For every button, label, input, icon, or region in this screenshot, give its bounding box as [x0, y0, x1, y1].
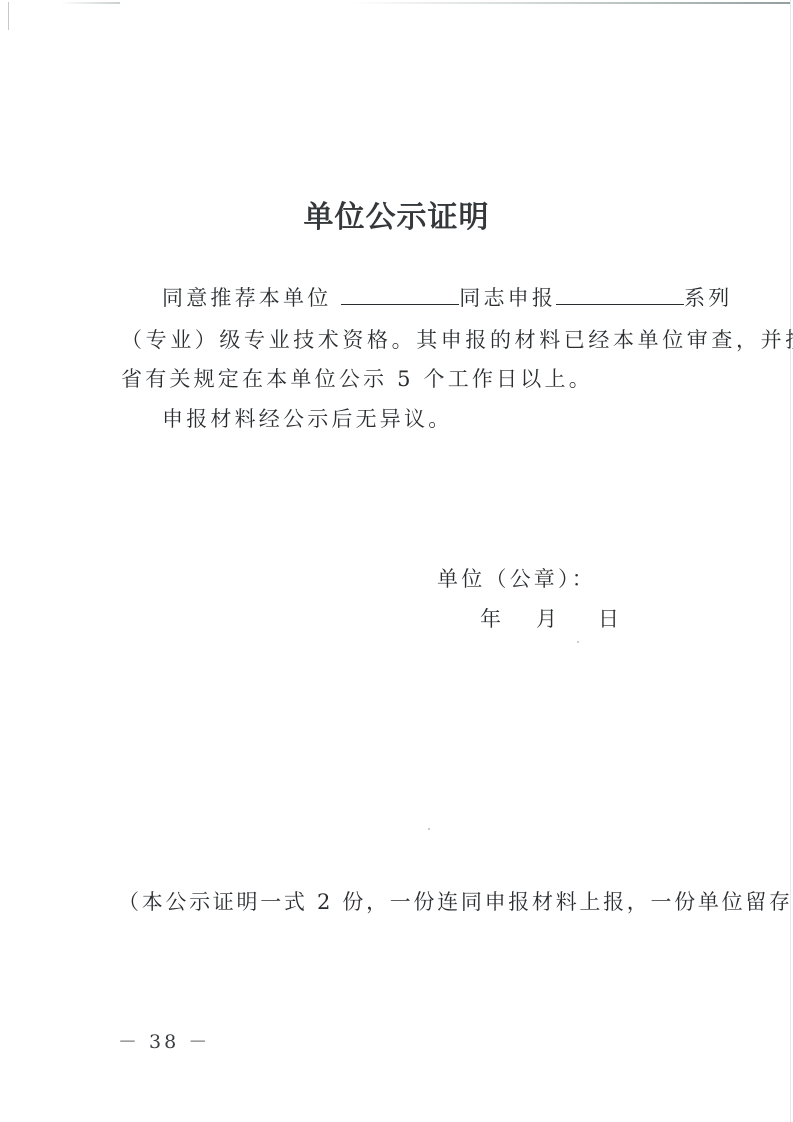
body-line-3: 省有关规定在本单位公示 5 个工作日以上。: [121, 365, 593, 393]
date-month-label: 月: [536, 605, 598, 633]
document-title: 单位公示证明: [0, 192, 793, 236]
date-day-label: 日: [598, 605, 622, 633]
body-line-1: 同意推荐本单位 同志申报系列: [162, 284, 733, 312]
unit-name-blank[interactable]: [341, 284, 459, 305]
body-line-1-prefix: 同意推荐本单位: [162, 286, 341, 310]
scan-artifact: [8, 2, 9, 30]
body-line-1-suffix: 系列: [684, 286, 732, 310]
scan-speck: [428, 828, 430, 830]
page-number: － 38 －: [118, 1027, 210, 1054]
scan-artifact: [350, 2, 790, 4]
scan-artifact: [60, 2, 120, 4]
body-line-2: （专业）级专业技术资格。其申报的材料已经本单位审查，并按: [121, 326, 793, 354]
date-year-label: 年: [480, 605, 536, 633]
scan-speck: [577, 641, 579, 643]
body-line-4: 申报材料经公示后无异议。: [162, 405, 452, 433]
footnote: （本公示证明一式 2 份，一份连同申报材料上报，一份单位留存）: [118, 888, 793, 916]
series-blank[interactable]: [556, 284, 684, 305]
scan-artifact: [790, 0, 791, 1122]
scan-speck: [440, 377, 442, 379]
signature-label: 单位（公章）：: [437, 565, 596, 593]
body-line-1-middle: 同志申报: [459, 286, 556, 310]
date-line: 年月日: [480, 605, 622, 633]
